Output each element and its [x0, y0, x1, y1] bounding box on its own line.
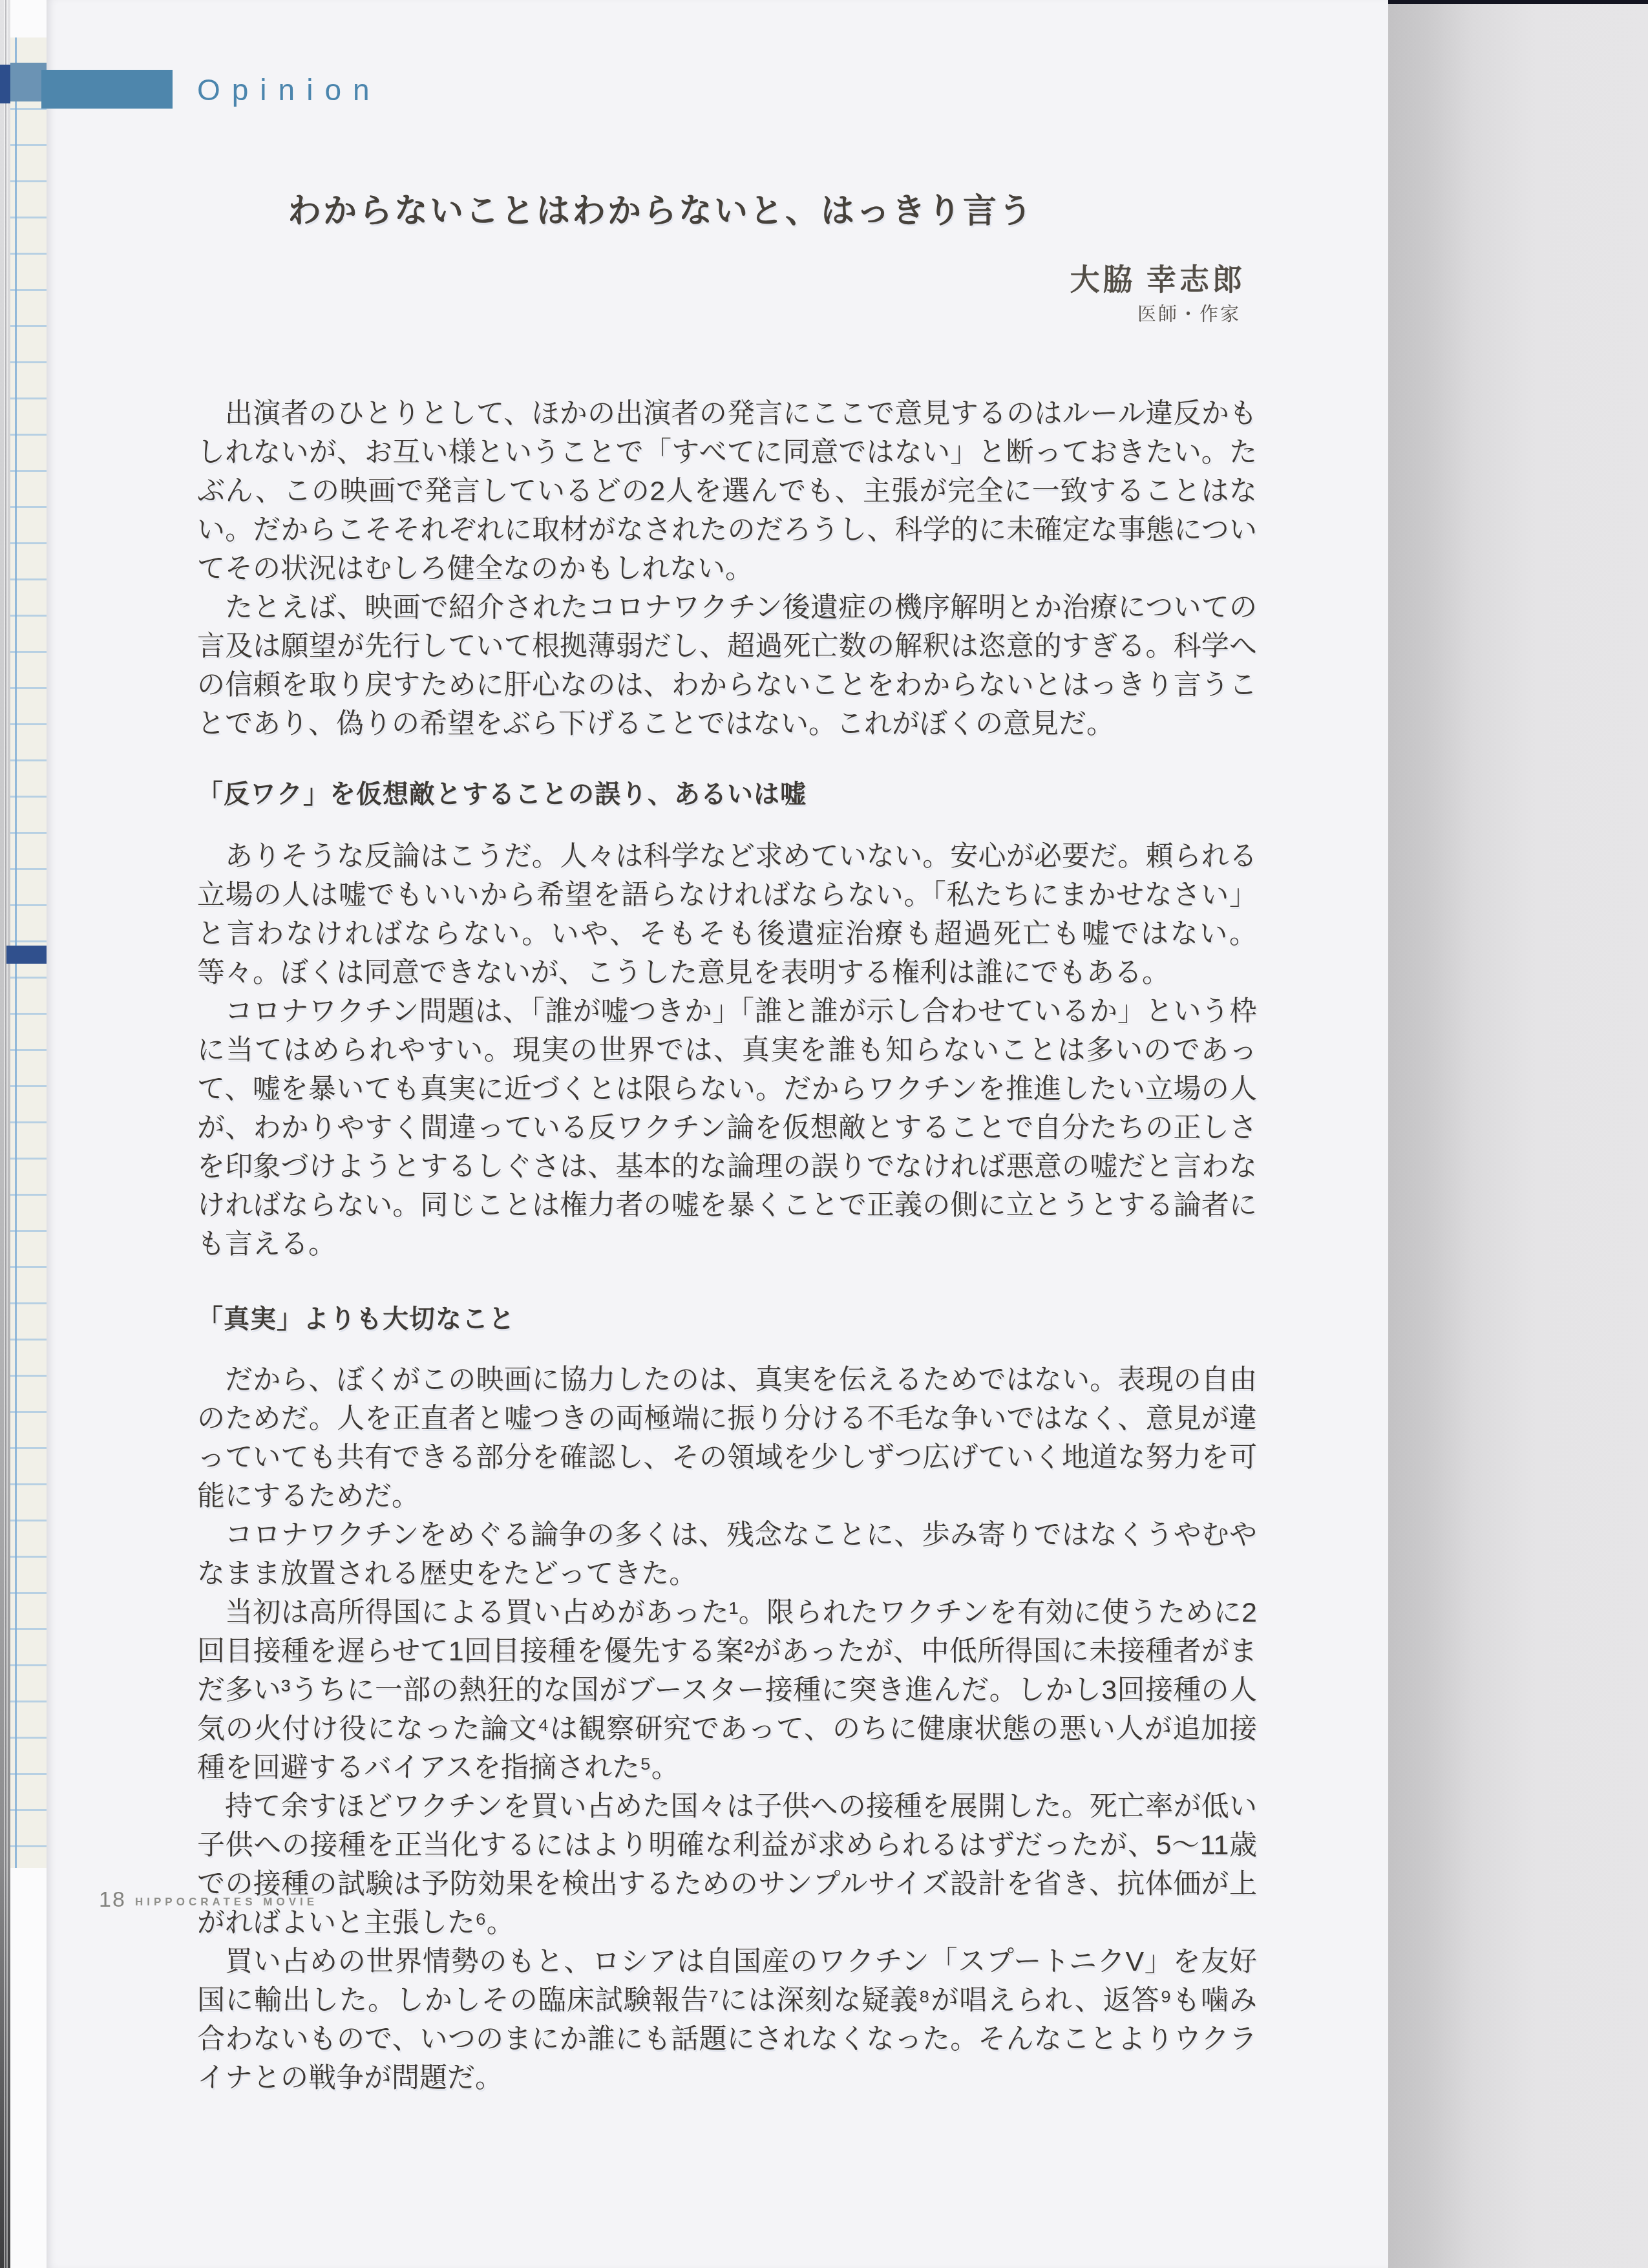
- article-paragraph-intro-1: 出演者のひとりとして、ほかの出演者の発言にここで意見するのはルール違反かもしれな…: [197, 394, 1257, 588]
- scanned-magazine-page: Opinion わからないことはわからないと、はっきり言う 大脇 幸志郎 医師・…: [0, 0, 1648, 2268]
- article-paragraph-s2-5: 買い占めの世界情勢のもと、ロシアは自国産のワクチン「スプートニクV」を友好国に輸…: [197, 1942, 1257, 2097]
- article-paragraph-s2-3: 当初は高所得国による買い占めがあった¹。限られたワクチンを有効に使うために2回目…: [197, 1593, 1257, 1787]
- article-paragraph-s1-1: ありそうな反論はこうだ。人々は科学など求めていない。安心が必要だ。頼られる立場の…: [197, 837, 1257, 992]
- article-paragraph-s2-1: だから、ぼくがこの映画に協力したのは、真実を伝えるためではない。表現の自由のため…: [197, 1361, 1257, 1516]
- section-accent-bar: [41, 70, 173, 109]
- navy-index-tab: [6, 946, 47, 964]
- footer-magazine-title: HIPPOCRATES MOVIE: [135, 1896, 318, 1909]
- author-name: 大脇 幸志郎: [1070, 256, 1246, 299]
- section-heading-2: 「真実」よりも大切なこと: [197, 1304, 1257, 1335]
- page-number: 18: [99, 1887, 126, 1913]
- article-paragraph-s2-4: 持て余すほどワクチンを買い占めた国々は子供への接種を展開した。死亡率が低い子供へ…: [197, 1787, 1257, 1942]
- author-role: 医師・作家: [1137, 300, 1241, 326]
- article-paragraph-intro-2: たとえば、映画で紹介されたコロナワクチン後遺症の機序解明とか治療についての言及は…: [197, 588, 1257, 743]
- article-paragraph-s1-2: コロナワクチン問題は、「誰が嘘つきか」「誰と誰が示し合わせているか」という枠に当…: [197, 992, 1257, 1264]
- article-paragraph-s2-2: コロナワクチンをめぐる論争の多くは、残念なことに、歩み寄りではなくうやむやなまま…: [197, 1516, 1257, 1593]
- accent-bar-spine-segment: [0, 65, 10, 103]
- article-title: わからないことはわからないと、はっきり言う: [288, 184, 1034, 232]
- facing-page-edge: [1388, 0, 1648, 2268]
- page-stack-edges: [4, 0, 8, 2268]
- article-body: 出演者のひとりとして、ほかの出演者の発言にここで意見するのはルール違反かもしれな…: [197, 394, 1257, 2097]
- section-label: Opinion: [197, 72, 381, 107]
- scanner-background-edge: [1388, 0, 1648, 4]
- section-heading-1: 「反ワク」を仮想敵とすることの誤り、あるいは嘘: [197, 779, 1257, 810]
